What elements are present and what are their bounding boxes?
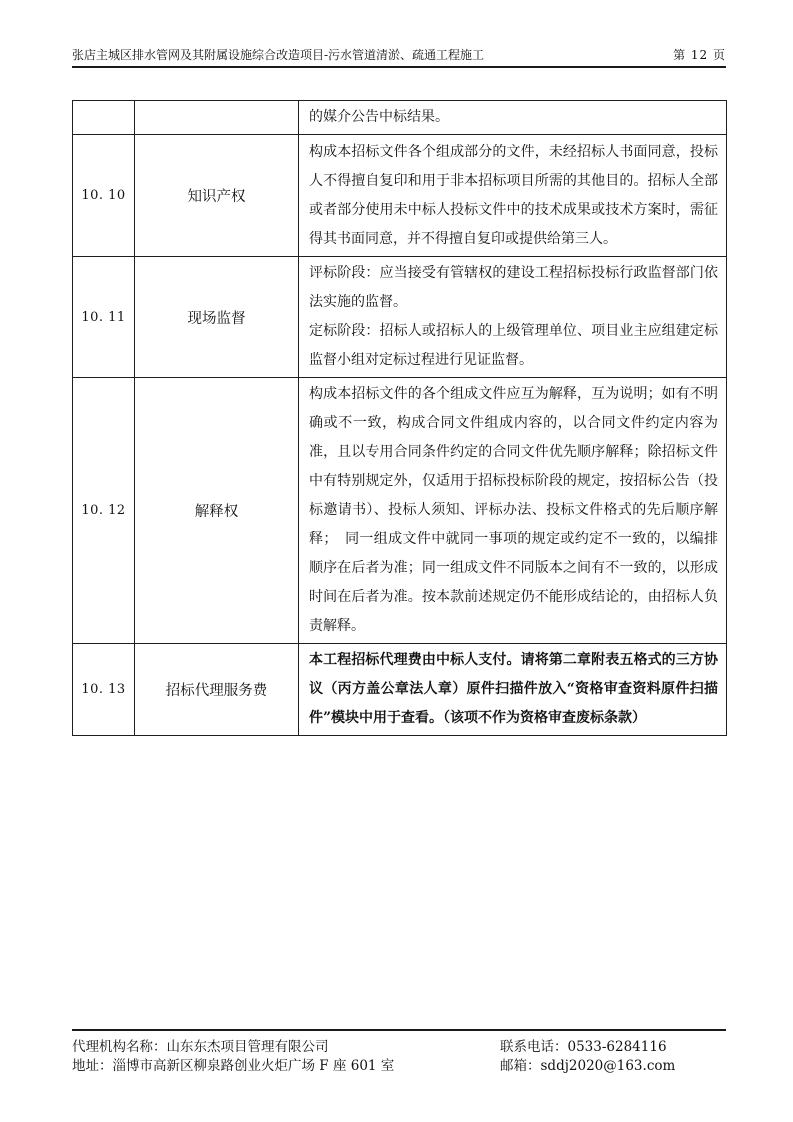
footer-phone-line: 联系电话：0533-6284116: [500, 1038, 726, 1057]
row-title-cell: [135, 101, 299, 135]
row-content-cell: 评标阶段：应当接受有管辖权的建设工程招标投标行政监督部门依法实施的监督。 定标阶…: [299, 257, 727, 378]
header-project-title: 张店主城区排水管网及其附属设施综合改造项目-污水管道清淤、疏通工程施工: [72, 48, 484, 63]
row-title-cell: 现场监督: [135, 257, 299, 378]
bid-terms-table: 的媒介公告中标结果。 10. 10 知识产权 构成本招标文件各个组成部分的文件，…: [72, 100, 727, 736]
footer-address-value: 淄博市高新区柳泉路创业火炬广场 F 座 601 室: [113, 1058, 395, 1074]
header-page-number: 第 12 页: [673, 48, 726, 63]
footer-phone-label: 联系电话：: [500, 1039, 568, 1055]
row-content-cell: 构成本招标文件各个组成部分的文件，未经招标人书面同意，投标人不得擅自复印和用于非…: [299, 135, 727, 257]
page-header: 张店主城区排水管网及其附属设施综合改造项目-污水管道清淤、疏通工程施工 第 12…: [72, 48, 726, 68]
table-row-continued: 的媒介公告中标结果。: [73, 101, 727, 135]
table-row-10-13: 10. 13 招标代理服务费 本工程招标代理费由中标人支付。请将第二章附表五格式…: [73, 644, 727, 736]
footer-agency-value: 山东东杰项目管理有限公司: [167, 1039, 329, 1055]
footer-agency-line: 代理机构名称：山东东杰项目管理有限公司: [72, 1038, 500, 1057]
footer-agency-label: 代理机构名称：: [72, 1039, 167, 1055]
footer-phone-value: 0533-6284116: [568, 1039, 667, 1055]
row-number-cell: 10. 10: [73, 135, 135, 257]
table-row-10-11: 10. 11 现场监督 评标阶段：应当接受有管辖权的建设工程招标投标行政监督部门…: [73, 257, 727, 378]
bid-terms-table-body: 的媒介公告中标结果。 10. 10 知识产权 构成本招标文件各个组成部分的文件，…: [73, 101, 727, 736]
row-content-cell: 的媒介公告中标结果。: [299, 101, 727, 135]
row-number-cell: 10. 13: [73, 644, 135, 736]
footer-email-line: 邮箱：sddj2020@163.com: [500, 1057, 726, 1076]
row-title-cell: 知识产权: [135, 135, 299, 257]
footer-address-line: 地址：淄博市高新区柳泉路创业火炬广场 F 座 601 室: [72, 1057, 500, 1076]
table-row-10-10: 10. 10 知识产权 构成本招标文件各个组成部分的文件，未经招标人书面同意，投…: [73, 135, 727, 257]
footer-address-label: 地址：: [72, 1058, 113, 1074]
row-content-cell: 构成本招标文件的各个组成文件应互为解释，互为说明；如有不明确或不一致，构成合同文…: [299, 378, 727, 644]
row-number-cell: [73, 101, 135, 135]
footer-right-column: 联系电话：0533-6284116 邮箱：sddj2020@163.com: [500, 1038, 726, 1076]
row-number-cell: 10. 11: [73, 257, 135, 378]
footer-email-label: 邮箱：: [500, 1058, 541, 1074]
page-footer: 代理机构名称：山东东杰项目管理有限公司 地址：淄博市高新区柳泉路创业火炬广场 F…: [72, 1029, 726, 1076]
row-number-cell: 10. 12: [73, 378, 135, 644]
footer-left-column: 代理机构名称：山东东杰项目管理有限公司 地址：淄博市高新区柳泉路创业火炬广场 F…: [72, 1038, 500, 1076]
row-title-cell: 招标代理服务费: [135, 644, 299, 736]
footer-email-value: sddj2020@163.com: [541, 1058, 676, 1074]
document-page: 张店主城区排水管网及其附属设施综合改造项目-污水管道清淤、疏通工程施工 第 12…: [0, 0, 793, 1122]
row-content-cell: 本工程招标代理费由中标人支付。请将第二章附表五格式的三方协议（丙方盖公章法人章）…: [299, 644, 727, 736]
row-title-cell: 解释权: [135, 378, 299, 644]
table-row-10-12: 10. 12 解释权 构成本招标文件的各个组成文件应互为解释，互为说明；如有不明…: [73, 378, 727, 644]
